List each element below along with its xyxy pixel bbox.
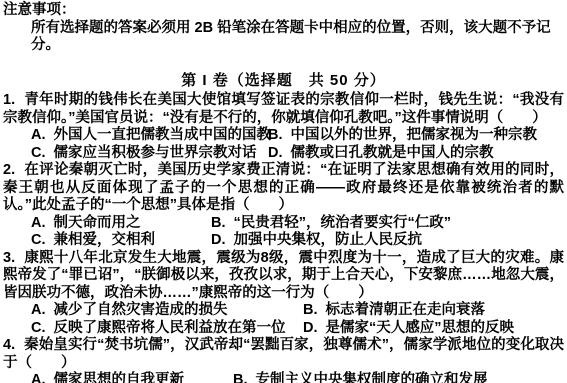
- question-1-stem: 1.青年时期的钱伟长在美国大使馆填写签证表的宗教信仰一栏时，钱先生说：“我没有宗…: [3, 92, 564, 127]
- question-1-options: A.外国人一直把儒教当成中国的国教 B.中国以外的世界，把儒家视为一种宗教 C.…: [31, 127, 564, 162]
- question-1-option-a: A.外国人一直把儒教当成中国的国教: [31, 127, 268, 145]
- option-c-text: 儒家应当积极参与世界宗教对话: [54, 145, 257, 161]
- question-1-number: 1.: [3, 92, 15, 108]
- question-4: 4.秦始皇实行“焚书坑儒”，汉武帝却“罢黜百家，独尊儒术”，儒家学派地位的变化取…: [3, 337, 564, 383]
- option-b-text: 标志着清朝正在走向衰落: [326, 302, 486, 318]
- option-a-text: 儒家思想的自我更新: [54, 372, 185, 383]
- notice-body: 所有选择题的答案必须用 2B 铅笔涂在答题卡中相应的位置，否则，该大题不予记分。: [3, 20, 564, 55]
- question-2-stem-text: 在评论秦朝灭亡时，美国历史学家费正清说：“在证明了法家思想确有效用的同时，秦王朝…: [3, 162, 564, 213]
- question-4-options: A.儒家思想的自我更新 B.专制主义中央集权制度的确立和发展: [31, 372, 564, 383]
- notice-title: 注意事项：: [3, 2, 564, 20]
- option-b-label: B.: [233, 372, 248, 383]
- question-3-option-c: C.反映了康熙帝将人民利益放在第一位: [31, 320, 303, 338]
- question-2-option-b: B.“民贵君轻”，统治者要实行“仁政”: [211, 215, 564, 233]
- option-d-label: D.: [268, 145, 283, 161]
- option-d-text: 加强中央集权，防止人民反抗: [234, 232, 423, 248]
- question-2-option-d: D.加强中央集权，防止人民反抗: [211, 232, 564, 250]
- option-d-label: D.: [211, 232, 226, 248]
- question-2-number: 2.: [3, 162, 15, 178]
- question-3-option-d: D.是儒家“天人感应”思想的反映: [303, 320, 564, 338]
- question-3-option-a: A.减少了自然灾害造成的损失: [31, 302, 303, 320]
- question-4-option-a: A.儒家思想的自我更新: [31, 372, 233, 383]
- option-b-label: B.: [303, 302, 318, 318]
- question-2-options: A.制天命而用之 B.“民贵君轻”，统治者要实行“仁政” C.兼相爱，交相利 D…: [31, 215, 564, 250]
- question-2-option-a: A.制天命而用之: [31, 215, 211, 233]
- question-1-option-d: D.儒教或曰孔教就是中国人的宗教: [268, 145, 564, 163]
- option-a-text: 外国人一直把儒教当成中国的国教: [54, 127, 272, 143]
- question-3-stem: 3.康熙十八年北京发生大地震，震级为8级，震中烈度为十一，造成了巨大的灾难。康熙…: [3, 250, 564, 303]
- option-b-label: B.: [268, 127, 283, 143]
- section-heading: 第 I 卷（选择题 共 50 分）: [3, 72, 564, 90]
- question-1-stem-text: 青年时期的钱伟长在美国大使馆填写签证表的宗教信仰一栏时，钱先生说：“我没有宗教信…: [3, 92, 564, 126]
- option-a-label: A.: [31, 302, 46, 318]
- option-b-label: B.: [211, 215, 226, 231]
- option-c-label: C.: [31, 320, 46, 336]
- option-d-text: 是儒家“天人感应”思想的反映: [326, 320, 515, 336]
- option-c-text: 兼相爱，交相利: [54, 232, 156, 248]
- option-d-label: D.: [303, 320, 318, 336]
- option-a-label: A.: [31, 215, 46, 231]
- option-a-label: A.: [31, 127, 46, 143]
- option-d-text: 儒教或曰孔教就是中国人的宗教: [291, 145, 494, 161]
- option-a-label: A.: [31, 372, 46, 383]
- option-b-text: “民贵君轻”，统治者要实行“仁政”: [234, 215, 452, 231]
- option-b-text: 专制主义中央集权制度的确立和发展: [256, 372, 488, 383]
- question-4-stem-text: 秦始皇实行“焚书坑儒”，汉武帝却“罢黜百家，独尊儒术”，儒家学派地位的变化取决于…: [3, 337, 564, 371]
- question-2-option-c: C.兼相爱，交相利: [31, 232, 211, 250]
- exam-page: 注意事项： 所有选择题的答案必须用 2B 铅笔涂在答题卡中相应的位置，否则，该大…: [0, 0, 567, 383]
- option-b-text: 中国以外的世界，把儒家视为一种宗教: [291, 127, 538, 143]
- question-4-number: 4.: [3, 337, 15, 353]
- question-3: 3.康熙十八年北京发生大地震，震级为8级，震中烈度为十一，造成了巨大的灾难。康熙…: [3, 250, 564, 338]
- question-2-stem: 2.在评论秦朝灭亡时，美国历史学家费正清说：“在证明了法家思想确有效用的同时，秦…: [3, 162, 564, 215]
- question-1: 1.青年时期的钱伟长在美国大使馆填写签证表的宗教信仰一栏时，钱先生说：“我没有宗…: [3, 92, 564, 162]
- option-c-label: C.: [31, 145, 46, 161]
- question-4-stem: 4.秦始皇实行“焚书坑儒”，汉武帝却“罢黜百家，独尊儒术”，儒家学派地位的变化取…: [3, 337, 564, 372]
- question-3-options: A.减少了自然灾害造成的损失 B.标志着清朝正在走向衰落 C.反映了康熙帝将人民…: [31, 302, 564, 337]
- option-c-text: 反映了康熙帝将人民利益放在第一位: [54, 320, 286, 336]
- question-4-option-b: B.专制主义中央集权制度的确立和发展: [233, 372, 564, 383]
- question-1-option-b: B.中国以外的世界，把儒家视为一种宗教: [268, 127, 564, 145]
- option-c-label: C.: [31, 232, 46, 248]
- question-2: 2.在评论秦朝灭亡时，美国历史学家费正清说：“在证明了法家思想确有效用的同时，秦…: [3, 162, 564, 250]
- option-a-text: 制天命而用之: [54, 215, 141, 231]
- question-1-option-c: C.儒家应当积极参与世界宗教对话: [31, 145, 268, 163]
- option-a-text: 减少了自然灾害造成的损失: [54, 302, 228, 318]
- question-3-option-b: B.标志着清朝正在走向衰落: [303, 302, 564, 320]
- question-3-stem-text: 康熙十八年北京发生大地震，震级为8级，震中烈度为十一，造成了巨大的灾难。康熙帝发…: [3, 250, 564, 301]
- question-3-number: 3.: [3, 250, 15, 266]
